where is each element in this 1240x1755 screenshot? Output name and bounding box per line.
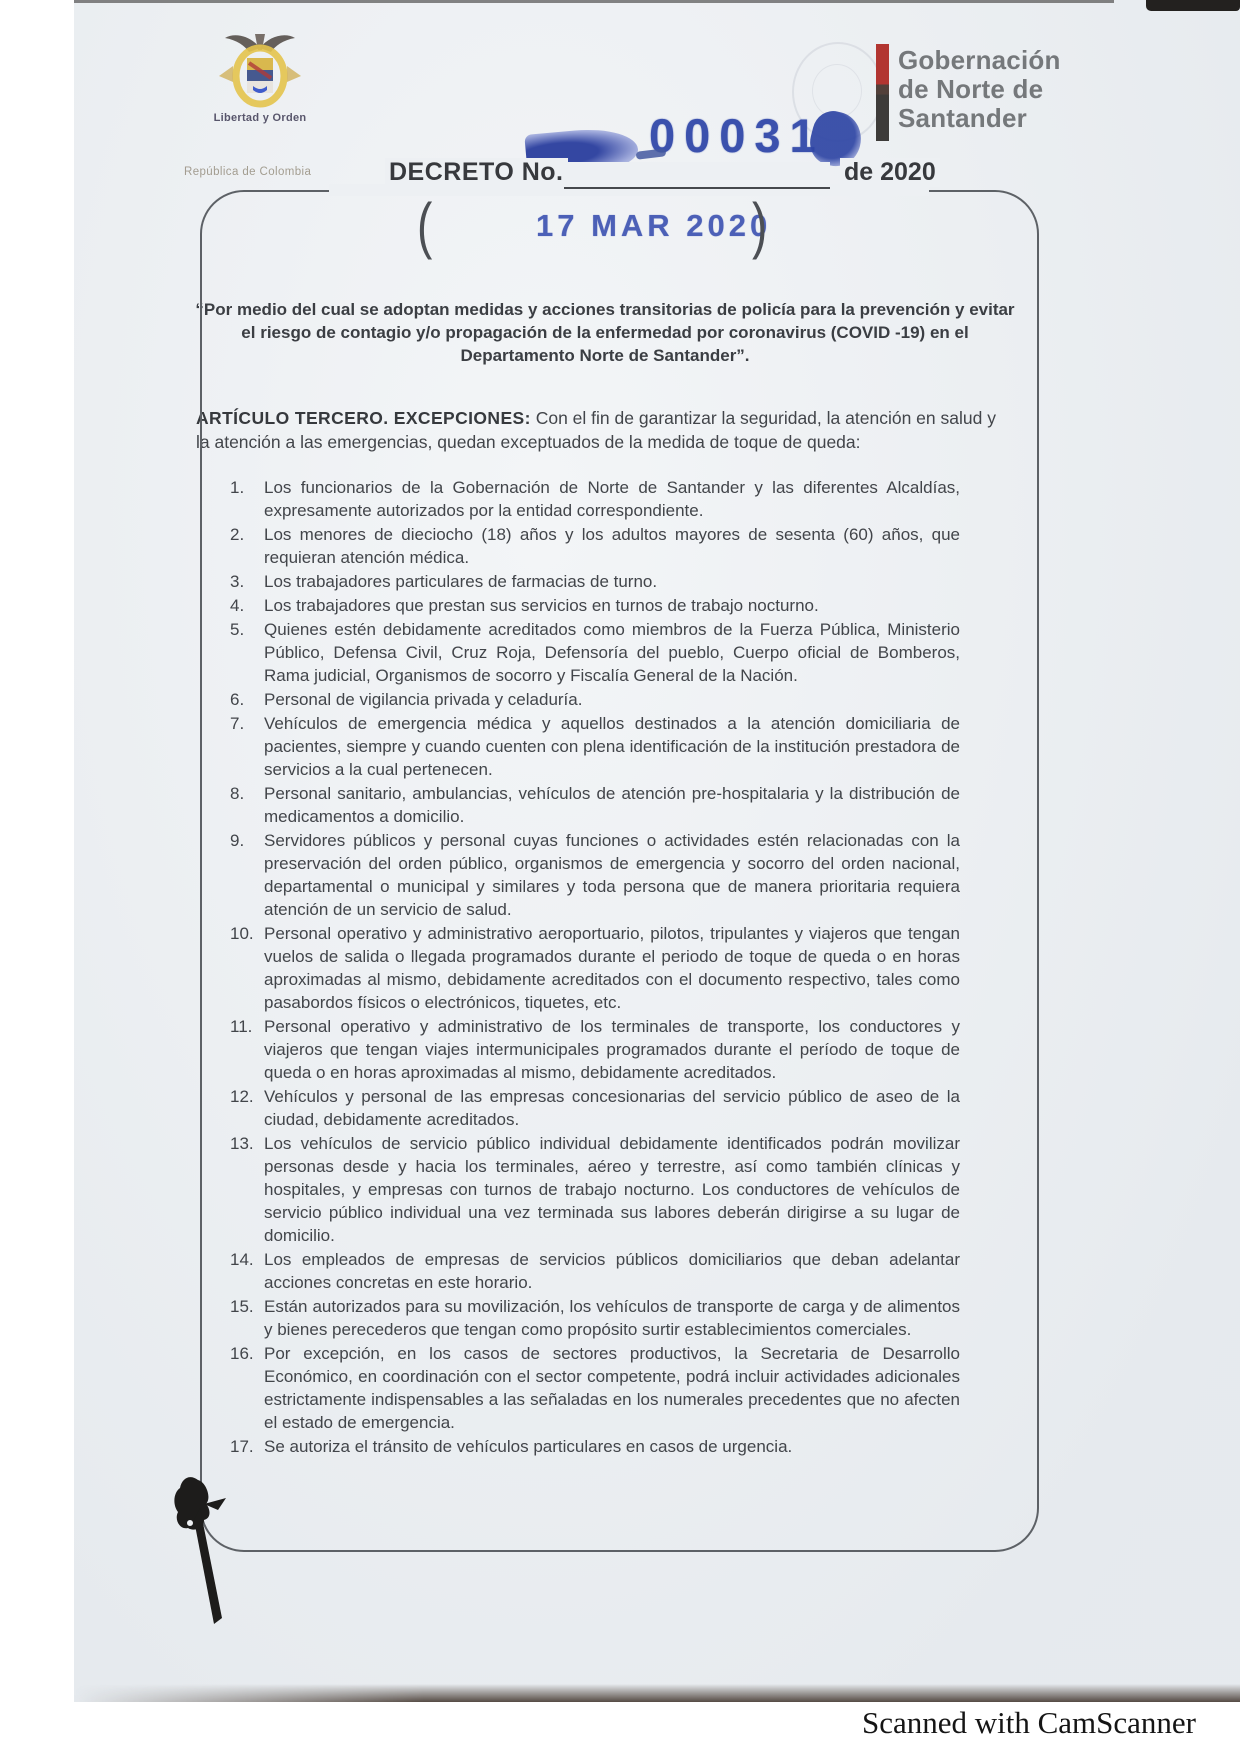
decree-title-prefix: DECRETO No.	[385, 158, 568, 187]
gobernacion-flag-bar-icon	[876, 44, 889, 141]
scan-top-corner-artifact	[1146, 0, 1240, 11]
decree-number-blank-line	[564, 162, 830, 189]
decree-number-stamp: 00031	[649, 108, 825, 163]
screenshot-viewport: Libertad y Orden República de Colombia G…	[0, 0, 1240, 1755]
gobernacion-wordmark-line2: de Norte de	[898, 75, 1061, 104]
coat-of-arms-motto: Libertad y Orden	[190, 112, 330, 124]
gobernacion-wordmark-line3: Santander	[898, 104, 1061, 133]
colombia-coat-of-arms-icon	[205, 30, 315, 110]
ink-scribble-mark	[160, 1468, 270, 1648]
date-stamp: 17 MAR 2020	[536, 208, 771, 244]
camscanner-watermark: Scanned with CamScanner	[862, 1705, 1196, 1741]
scan-top-edge-artifact	[74, 0, 1114, 3]
scanned-document-page: Libertad y Orden República de Colombia G…	[74, 0, 1240, 1702]
decree-title-suffix: de 2020	[840, 158, 940, 187]
republic-label: República de Colombia	[184, 166, 311, 178]
gobernacion-wordmark: Gobernación de Norte de Santander	[898, 46, 1061, 133]
scan-bottom-shadow	[74, 1684, 1240, 1702]
date-paren-open: (	[417, 189, 432, 262]
decree-body-border	[200, 190, 1039, 1552]
date-paren-close: )	[752, 189, 767, 262]
gobernacion-wordmark-line1: Gobernación	[898, 46, 1061, 75]
